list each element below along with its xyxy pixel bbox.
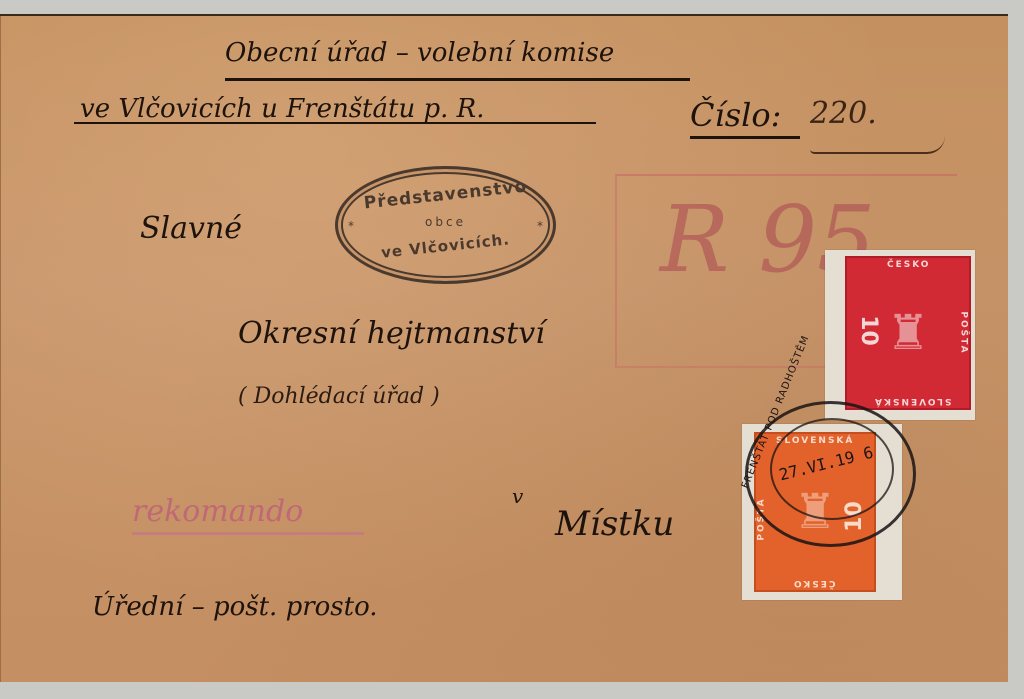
envelope: Obecní úřad – volební komise ve Vlčovicí… [0,14,1008,682]
reference-swoosh [810,136,945,154]
sender-underline-1 [225,78,690,81]
recipient-line-1: Okresní hejtmanství [238,316,545,351]
reference-number: 220. [810,96,877,131]
municipal-oval-stamp: Představenstvo obce ve Vlčovicích. * * [335,166,556,284]
stamp-denomination: 10 [856,315,881,346]
recipient-city: Místku [555,504,674,544]
stamp-star-left: * [348,219,354,233]
postage-stamp-red: ČESKO 10 POŠTA SLOVENSKÁ ♜ [825,250,975,420]
castle-icon: ♜ [886,305,929,361]
rekomando-note: rekomando [132,494,303,529]
stamp-bottom-text: SLOVENSKÁ [873,396,951,406]
sender-line-1: Obecní úřad – volební komise [225,38,614,68]
stamp-design: ČESKO 10 POŠTA SLOVENSKÁ ♜ [845,256,971,410]
recipient-city-prefix: v [512,484,523,508]
stamp-bottom-text: ČESKO [792,578,835,588]
official-postage-note: Úřední – pošt. prosto. [92,592,378,622]
stamp-line-2: obce [338,215,553,229]
reference-label: Číslo: [690,96,781,134]
rekomando-underline [132,532,364,535]
sender-line-2: ve Vlčovicích u Frenštátu p. R. [80,94,484,124]
recipient-line-2: ( Dohlédací úřad ) [238,384,440,409]
stamp-star-right: * [537,219,543,233]
stamp-line-3: ve Vlčovicích. [338,226,554,266]
recipient-salutation: Slavné [140,211,242,246]
stamp-line-1: Představenstvo [338,174,554,216]
reference-underline [690,136,800,139]
stamp-top-text: ČESKO [887,260,930,270]
sender-underline-2 [74,122,596,124]
stamp-side-text: POŠTA [958,311,968,354]
